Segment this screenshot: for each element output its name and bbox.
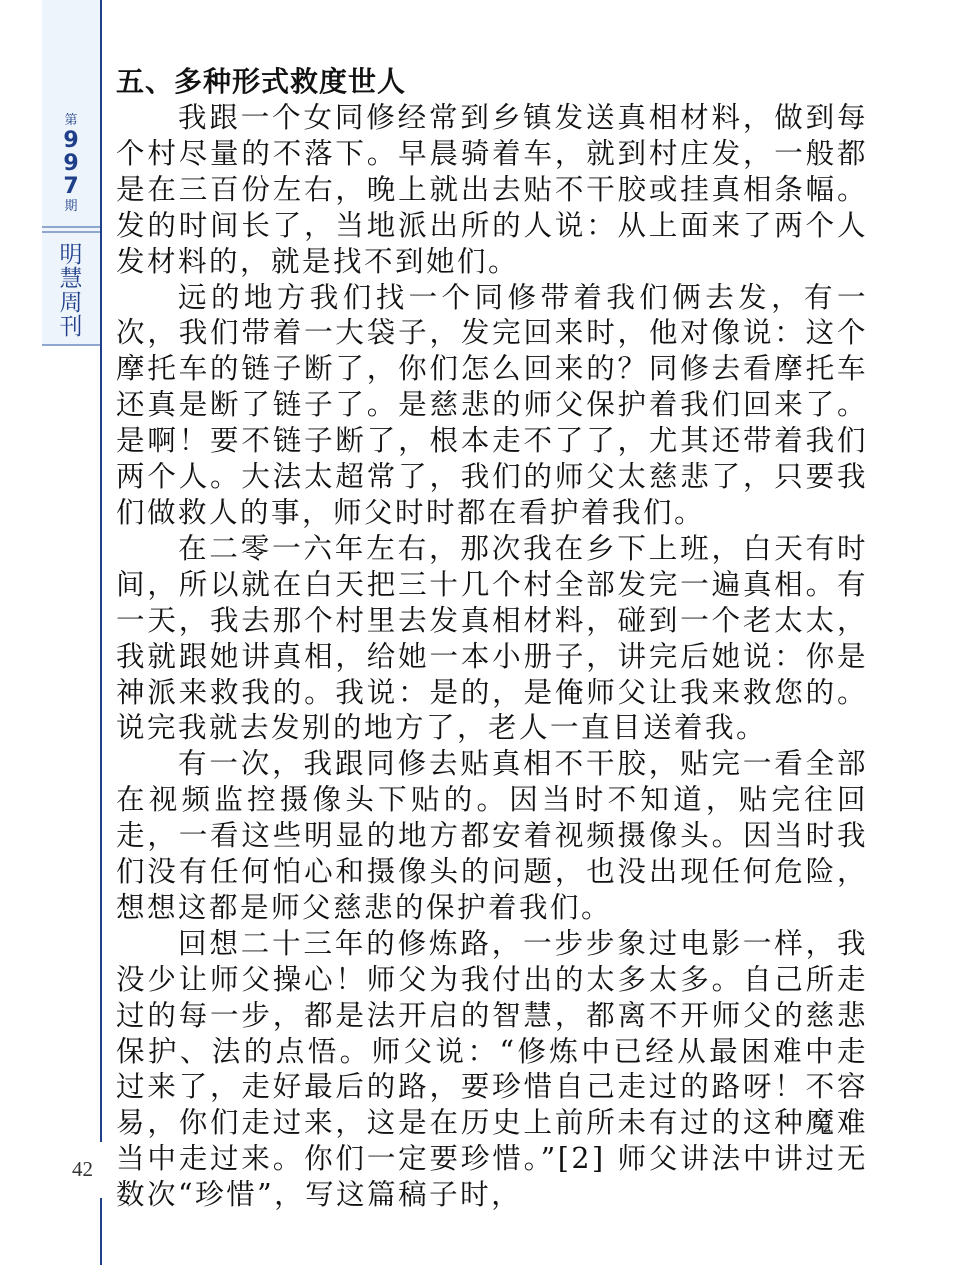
sidebar-divider [42,226,100,228]
margin-rule-bottom [100,1198,102,1265]
sidebar-divider [42,231,100,233]
magazine-name: 明 慧 周 刊 [42,243,100,339]
issue-prefix: 第 [42,112,100,129]
paragraph: 回想二十三年的修炼路，一步步象过电影一样，我没少让师父操心！师父为我付出的太多太… [116,926,868,1213]
margin-rule-top [100,0,102,1142]
issue-digit: 9 [42,152,100,175]
page-number: 42 [72,1157,108,1182]
sidebar-divider [42,344,100,346]
paragraph: 在二零一六年左右，那次我在乡下上班，白天有时间，所以就在白天把三十几个村全部发完… [116,531,868,746]
paragraph: 我跟一个女同修经常到乡镇发送真相材料，做到每个村尽量的不落下。早晨骑着车，就到村… [116,100,868,280]
paragraph: 远的地方我们找一个同修带着我们俩去发，有一次，我们带着一大袋子，发完回来时，他对… [116,280,868,531]
issue-number: 第 9 9 7 期 [42,112,100,215]
issue-digit: 7 [42,175,100,198]
article-body: 五、多种形式救度世人 我跟一个女同修经常到乡镇发送真相材料，做到每个村尽量的不落… [116,64,868,1213]
magazine-name-char: 刊 [42,315,100,339]
issue-digit: 9 [42,129,100,152]
magazine-name-char: 明 [42,243,100,267]
section-heading: 五、多种形式救度世人 [116,64,868,100]
magazine-name-char: 慧 [42,267,100,291]
paragraph: 有一次，我跟同修去贴真相不干胶，贴完一看全部在视频监控摄像头下贴的。因当时不知道… [116,746,868,926]
issue-suffix: 期 [42,198,100,215]
magazine-name-char: 周 [42,291,100,315]
